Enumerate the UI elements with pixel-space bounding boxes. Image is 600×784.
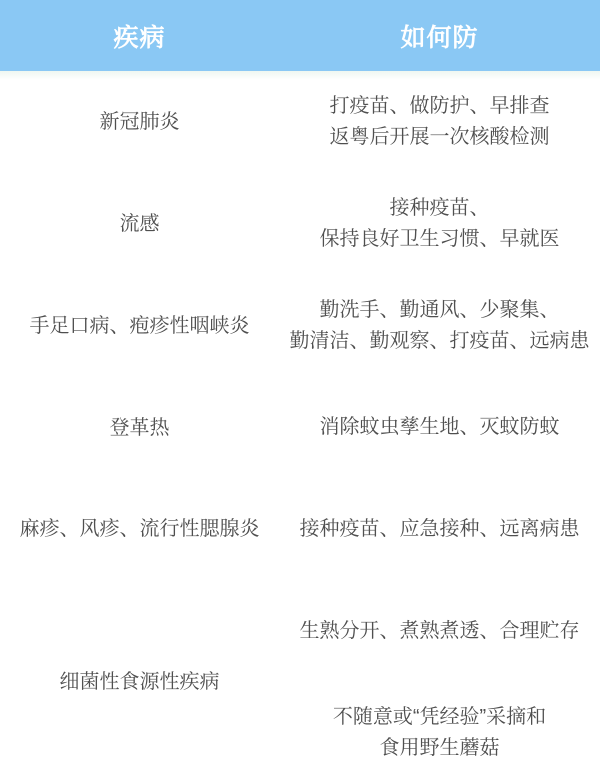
prevention-block: 打疫苗、做防护、早排查返粤后开展一次核酸检测 — [279, 71, 600, 173]
disease-name: 流感 — [0, 173, 279, 275]
prevention-block: 接种疫苗、应急接种、远离病患 — [279, 478, 600, 580]
prevention-line: 返粤后开展一次核酸检测 — [330, 122, 550, 153]
table-row: 登革热消除蚊虫孳生地、灭蚊防蚊 — [0, 377, 600, 479]
prevention-line: 接种疫苗、 — [390, 193, 490, 224]
disease-name: 麻疹、风疹、流行性腮腺炎 — [0, 478, 279, 580]
table-body: 新冠肺炎打疫苗、做防护、早排查返粤后开展一次核酸检测流感接种疫苗、保持良好卫生习… — [0, 71, 600, 784]
prevention-cell: 消除蚊虫孳生地、灭蚊防蚊 — [279, 377, 600, 479]
prevention-cell: 生熟分开、煮熟煮透、合理贮存不随意或“凭经验”采摘和食用野生蘑菇 — [279, 580, 600, 784]
table-row: 流感接种疫苗、保持良好卫生习惯、早就医 — [0, 173, 600, 275]
prevention-cell: 勤洗手、勤通风、少聚集、勤清洁、勤观察、打疫苗、远病患 — [279, 275, 600, 377]
prevention-line: 接种疫苗、应急接种、远离病患 — [300, 514, 580, 545]
prevention-cell: 打疫苗、做防护、早排查返粤后开展一次核酸检测 — [279, 71, 600, 173]
prevention-line: 勤洗手、勤通风、少聚集、 — [320, 295, 560, 326]
prevention-line: 生熟分开、煮熟煮透、合理贮存 — [300, 616, 580, 647]
disease-prevention-table: 疾病 如何防 新冠肺炎打疫苗、做防护、早排查返粤后开展一次核酸检测流感接种疫苗、… — [0, 0, 600, 784]
table-row: 麻疹、风疹、流行性腮腺炎接种疫苗、应急接种、远离病患 — [0, 478, 600, 580]
header-prevention-column: 如何防 — [279, 0, 600, 71]
prevention-line: 打疫苗、做防护、早排查 — [330, 91, 550, 122]
prevention-block: 接种疫苗、保持良好卫生习惯、早就医 — [279, 173, 600, 275]
prevention-block: 消除蚊虫孳生地、灭蚊防蚊 — [279, 377, 600, 479]
disease-name: 手足口病、疱疹性咽峡炎 — [0, 275, 279, 377]
prevention-line: 不随意或“凭经验”采摘和 — [333, 702, 546, 733]
prevention-line: 食用野生蘑菇 — [380, 733, 500, 764]
table-row: 细菌性食源性疾病生熟分开、煮熟煮透、合理贮存不随意或“凭经验”采摘和食用野生蘑菇 — [0, 580, 600, 784]
prevention-block: 勤洗手、勤通风、少聚集、勤清洁、勤观察、打疫苗、远病患 — [279, 275, 600, 377]
disease-name: 新冠肺炎 — [0, 71, 279, 173]
disease-name: 细菌性食源性疾病 — [0, 580, 279, 784]
table-header: 疾病 如何防 — [0, 0, 600, 71]
prevention-cell: 接种疫苗、保持良好卫生习惯、早就医 — [279, 173, 600, 275]
table-row: 手足口病、疱疹性咽峡炎勤洗手、勤通风、少聚集、勤清洁、勤观察、打疫苗、远病患 — [0, 275, 600, 377]
prevention-cell: 接种疫苗、应急接种、远离病患 — [279, 478, 600, 580]
table-row: 新冠肺炎打疫苗、做防护、早排查返粤后开展一次核酸检测 — [0, 71, 600, 173]
prevention-line: 保持良好卫生习惯、早就医 — [320, 224, 560, 255]
prevention-block: 不随意或“凭经验”采摘和食用野生蘑菇 — [279, 682, 600, 784]
prevention-block: 生熟分开、煮熟煮透、合理贮存 — [279, 580, 600, 682]
disease-name: 登革热 — [0, 377, 279, 479]
header-disease-column: 疾病 — [0, 0, 279, 71]
prevention-line: 勤清洁、勤观察、打疫苗、远病患 — [290, 326, 590, 357]
prevention-line: 消除蚊虫孳生地、灭蚊防蚊 — [320, 412, 560, 443]
